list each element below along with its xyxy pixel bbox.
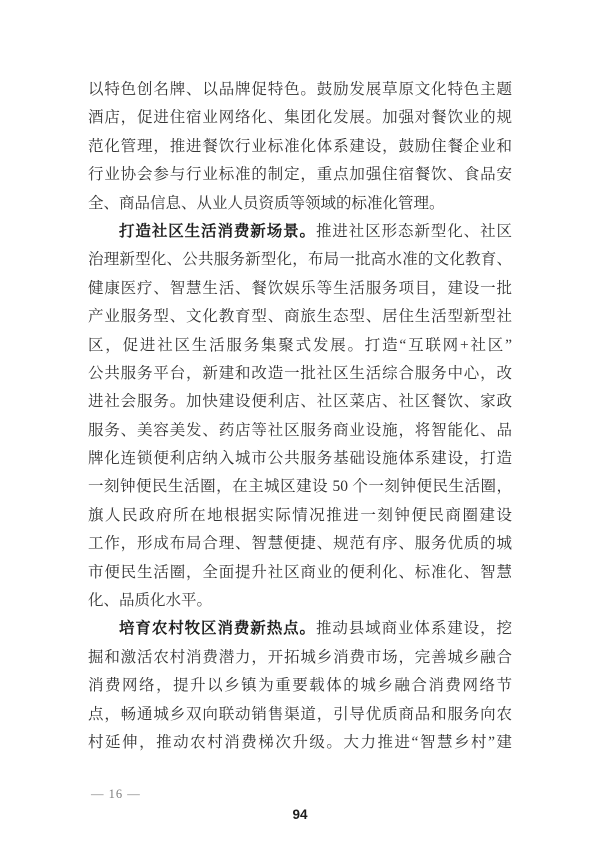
text-line: 打造社区生活消费新场景。推进社区形态新型化、社区: [88, 218, 512, 246]
paragraph-heading: 打造社区生活消费新场景。: [119, 223, 316, 240]
folio-number: — 16 —: [91, 787, 141, 802]
text-line: 行业协会参与行业标准的制定，重点加强住宿餐饮、食品安: [88, 161, 512, 189]
text-line: 掘和激活农村消费潜力，开拓城乡消费市场，完善城乡融合: [88, 644, 512, 672]
text-line: 点，畅通城乡双向联动销售渠道，引导优质商品和服务向农: [88, 701, 512, 729]
text-line: 进社会服务。加快建设便利店、社区菜店、社区餐饮、家政: [88, 388, 512, 416]
text-line: 公共服务平台，新建和改造一批社区生活综合服务中心，改: [88, 360, 512, 388]
text-line: 酒店，促进住宿业网络化、集团化发展。加强对餐饮业的规: [88, 104, 512, 132]
text-line: 培育农村牧区消费新热点。推动县域商业体系建设，挖: [88, 615, 512, 643]
text-line: 一刻钟便民生活圈，在主城区建设 50 个一刻钟便民生活圈，: [88, 473, 512, 501]
text-block: 以特色创名牌、以品牌促特色。鼓励发展草原文化特色主题酒店，促进住宿业网络化、集团…: [88, 76, 512, 757]
text-line: 治理新型化、公共服务新型化，布局一批高水准的文化教育、: [88, 246, 512, 274]
text-line: 旗人民政府所在地根据实际情况推进一刻钟便民商圈建设: [88, 502, 512, 530]
text-line: 范化管理，推进餐饮行业标准化体系建设，鼓励住餐企业和: [88, 133, 512, 161]
text-line: 区，促进社区生活服务集聚式发展。打造“互联网+社区”: [88, 332, 512, 360]
page-number: 94: [0, 807, 600, 822]
text-line: 化、品质化水平。: [88, 587, 512, 615]
text-line: 消费网络，提升以乡镇为重要载体的城乡融合消费网络节: [88, 672, 512, 700]
text-line: 牌化连锁便利店纳入城市公共服务基础设施体系建设，打造: [88, 445, 512, 473]
text-line: 村延伸，推动农村消费梯次升级。大力推进“智慧乡村”建: [88, 729, 512, 757]
text-line: 以特色创名牌、以品牌促特色。鼓励发展草原文化特色主题: [88, 76, 512, 104]
text-line: 服务、美容美发、药店等社区服务商业设施，将智能化、品: [88, 417, 512, 445]
text-line: 健康医疗、智慧生活、餐饮娱乐等生活服务项目，建设一批: [88, 275, 512, 303]
text-line: 全、商品信息、从业人员资质等领域的标准化管理。: [88, 190, 512, 218]
text-line: 市便民生活圈，全面提升社区商业的便利化、标准化、智慧: [88, 559, 512, 587]
text-line: 产业服务型、文化教育型、商旅生态型、居住生活型新型社: [88, 303, 512, 331]
text-line: 工作，形成布局合理、智慧便捷、规范有序、服务优质的城: [88, 530, 512, 558]
document-page: 以特色创名牌、以品牌促特色。鼓励发展草原文化特色主题酒店，促进住宿业网络化、集团…: [0, 0, 600, 848]
paragraph-heading: 培育农村牧区消费新热点。: [119, 620, 316, 637]
